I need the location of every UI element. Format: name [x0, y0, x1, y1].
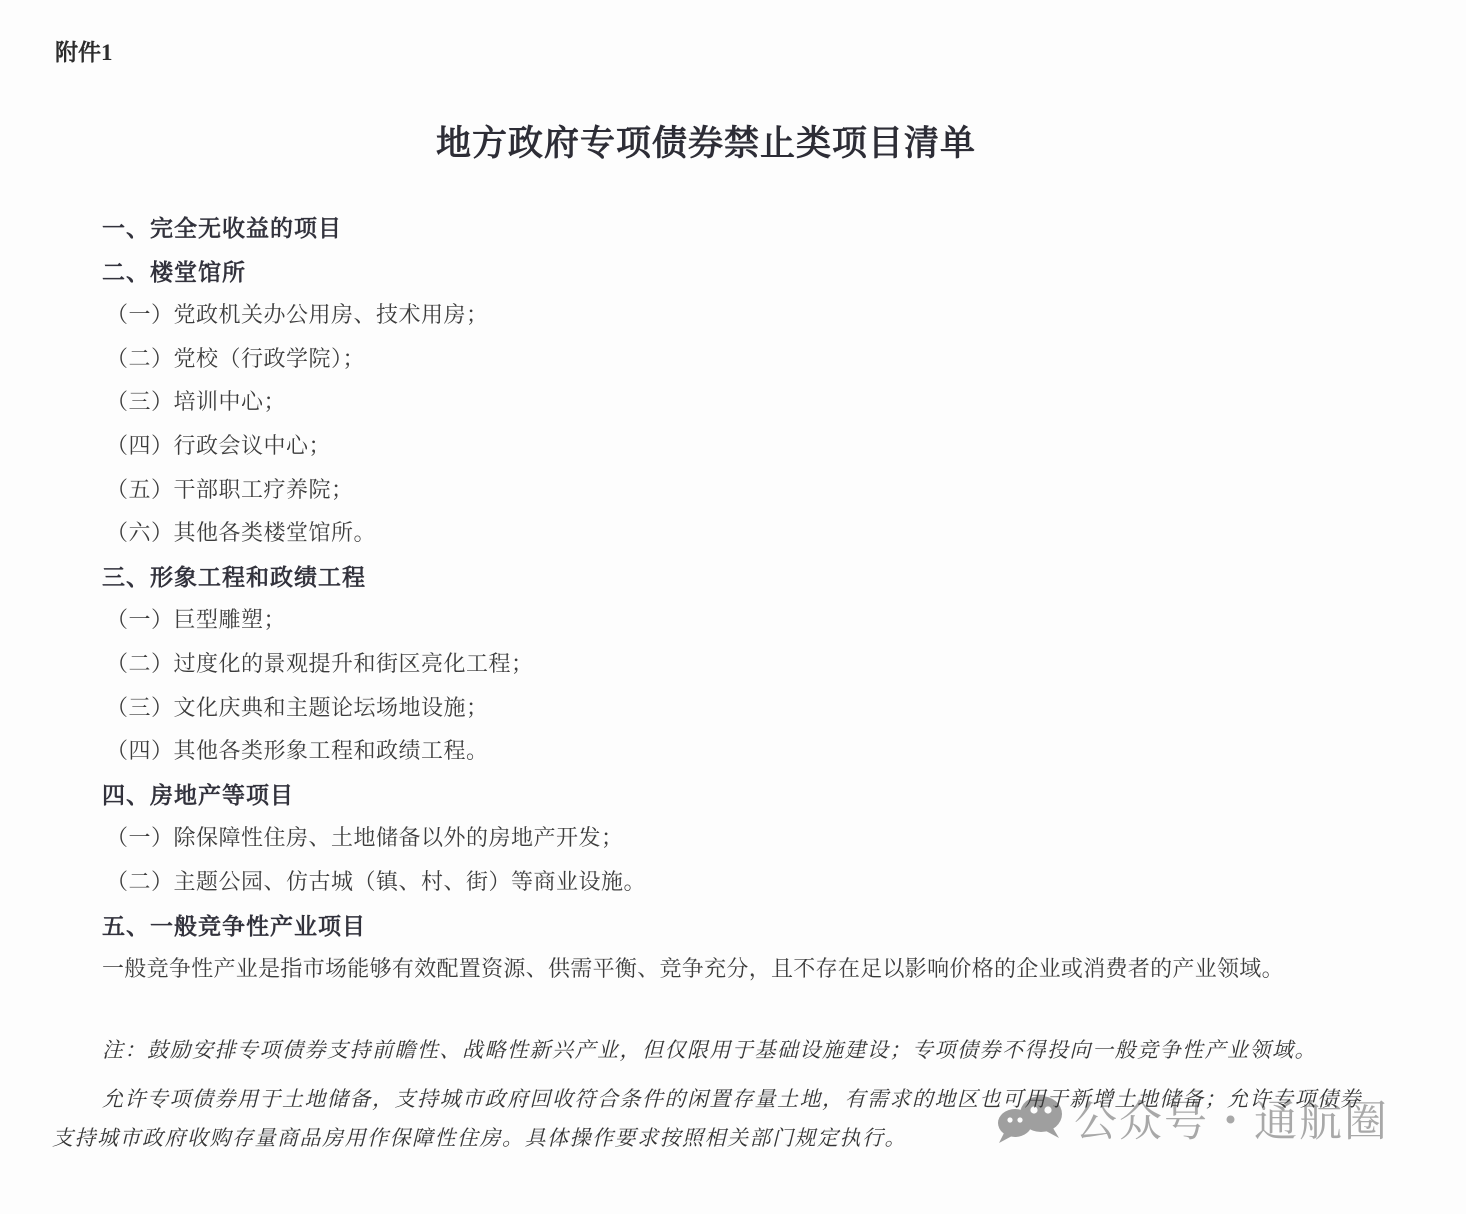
list-item: （三）文化庆典和主题论坛场地设施； — [0, 693, 1466, 737]
list-item: （一）巨型雕塑； — [0, 605, 1466, 649]
list-item: （二）过度化的景观提升和街区亮化工程； — [0, 649, 1466, 693]
section-heading-3: 三、形象工程和政绩工程 — [0, 562, 1466, 606]
note-paragraph: 注：鼓励安排专项债券支持前瞻性、战略性新兴产业，但仅限用于基础设施建设；专项债券… — [52, 1030, 1366, 1070]
section-heading-2: 二、楼堂馆所 — [0, 257, 1466, 301]
section-heading-1: 一、完全无收益的项目 — [0, 213, 1466, 257]
list-item: （一）党政机关办公用房、技术用房； — [0, 300, 1466, 344]
attachment-label: 附件1 — [55, 34, 113, 67]
document-page: 附件1 地方政府专项债券禁止类项目清单 一、完全无收益的项目 二、楼堂馆所 （一… — [0, 0, 1466, 1214]
list-item: （五）干部职工疗养院； — [0, 475, 1466, 519]
page-title: 地方政府专项债券禁止类项目清单 — [0, 116, 1412, 166]
section-heading-5: 五、一般竞争性产业项目 — [0, 911, 1466, 955]
list-item: （三）培训中心； — [0, 387, 1466, 431]
list-item: （四）其他各类形象工程和政绩工程。 — [0, 736, 1466, 780]
note-paragraph: 允许专项债券用于土地储备，支持城市政府回收符合条件的闲置存量土地，有需求的地区也… — [52, 1080, 1366, 1158]
body-paragraph: 一般竞争性产业是指市场能够有效配置资源、供需平衡、竞争充分，且不存在足以影响价格… — [0, 954, 1466, 998]
list-item: （二）主题公园、仿古城（镇、村、街）等商业设施。 — [0, 867, 1466, 911]
list-item: （二）党校（行政学院）； — [0, 344, 1466, 388]
notes-block: 注：鼓励安排专项债券支持前瞻性、战略性新兴产业，但仅限用于基础设施建设；专项债券… — [52, 1030, 1366, 1158]
section-heading-4: 四、房地产等项目 — [0, 780, 1466, 824]
list-item: （四）行政会议中心； — [0, 431, 1466, 475]
list-item: （六）其他各类楼堂馆所。 — [0, 518, 1466, 562]
document-body: 一、完全无收益的项目 二、楼堂馆所 （一）党政机关办公用房、技术用房； （二）党… — [0, 213, 1466, 998]
list-item: （一）除保障性住房、土地储备以外的房地产开发； — [0, 823, 1466, 867]
